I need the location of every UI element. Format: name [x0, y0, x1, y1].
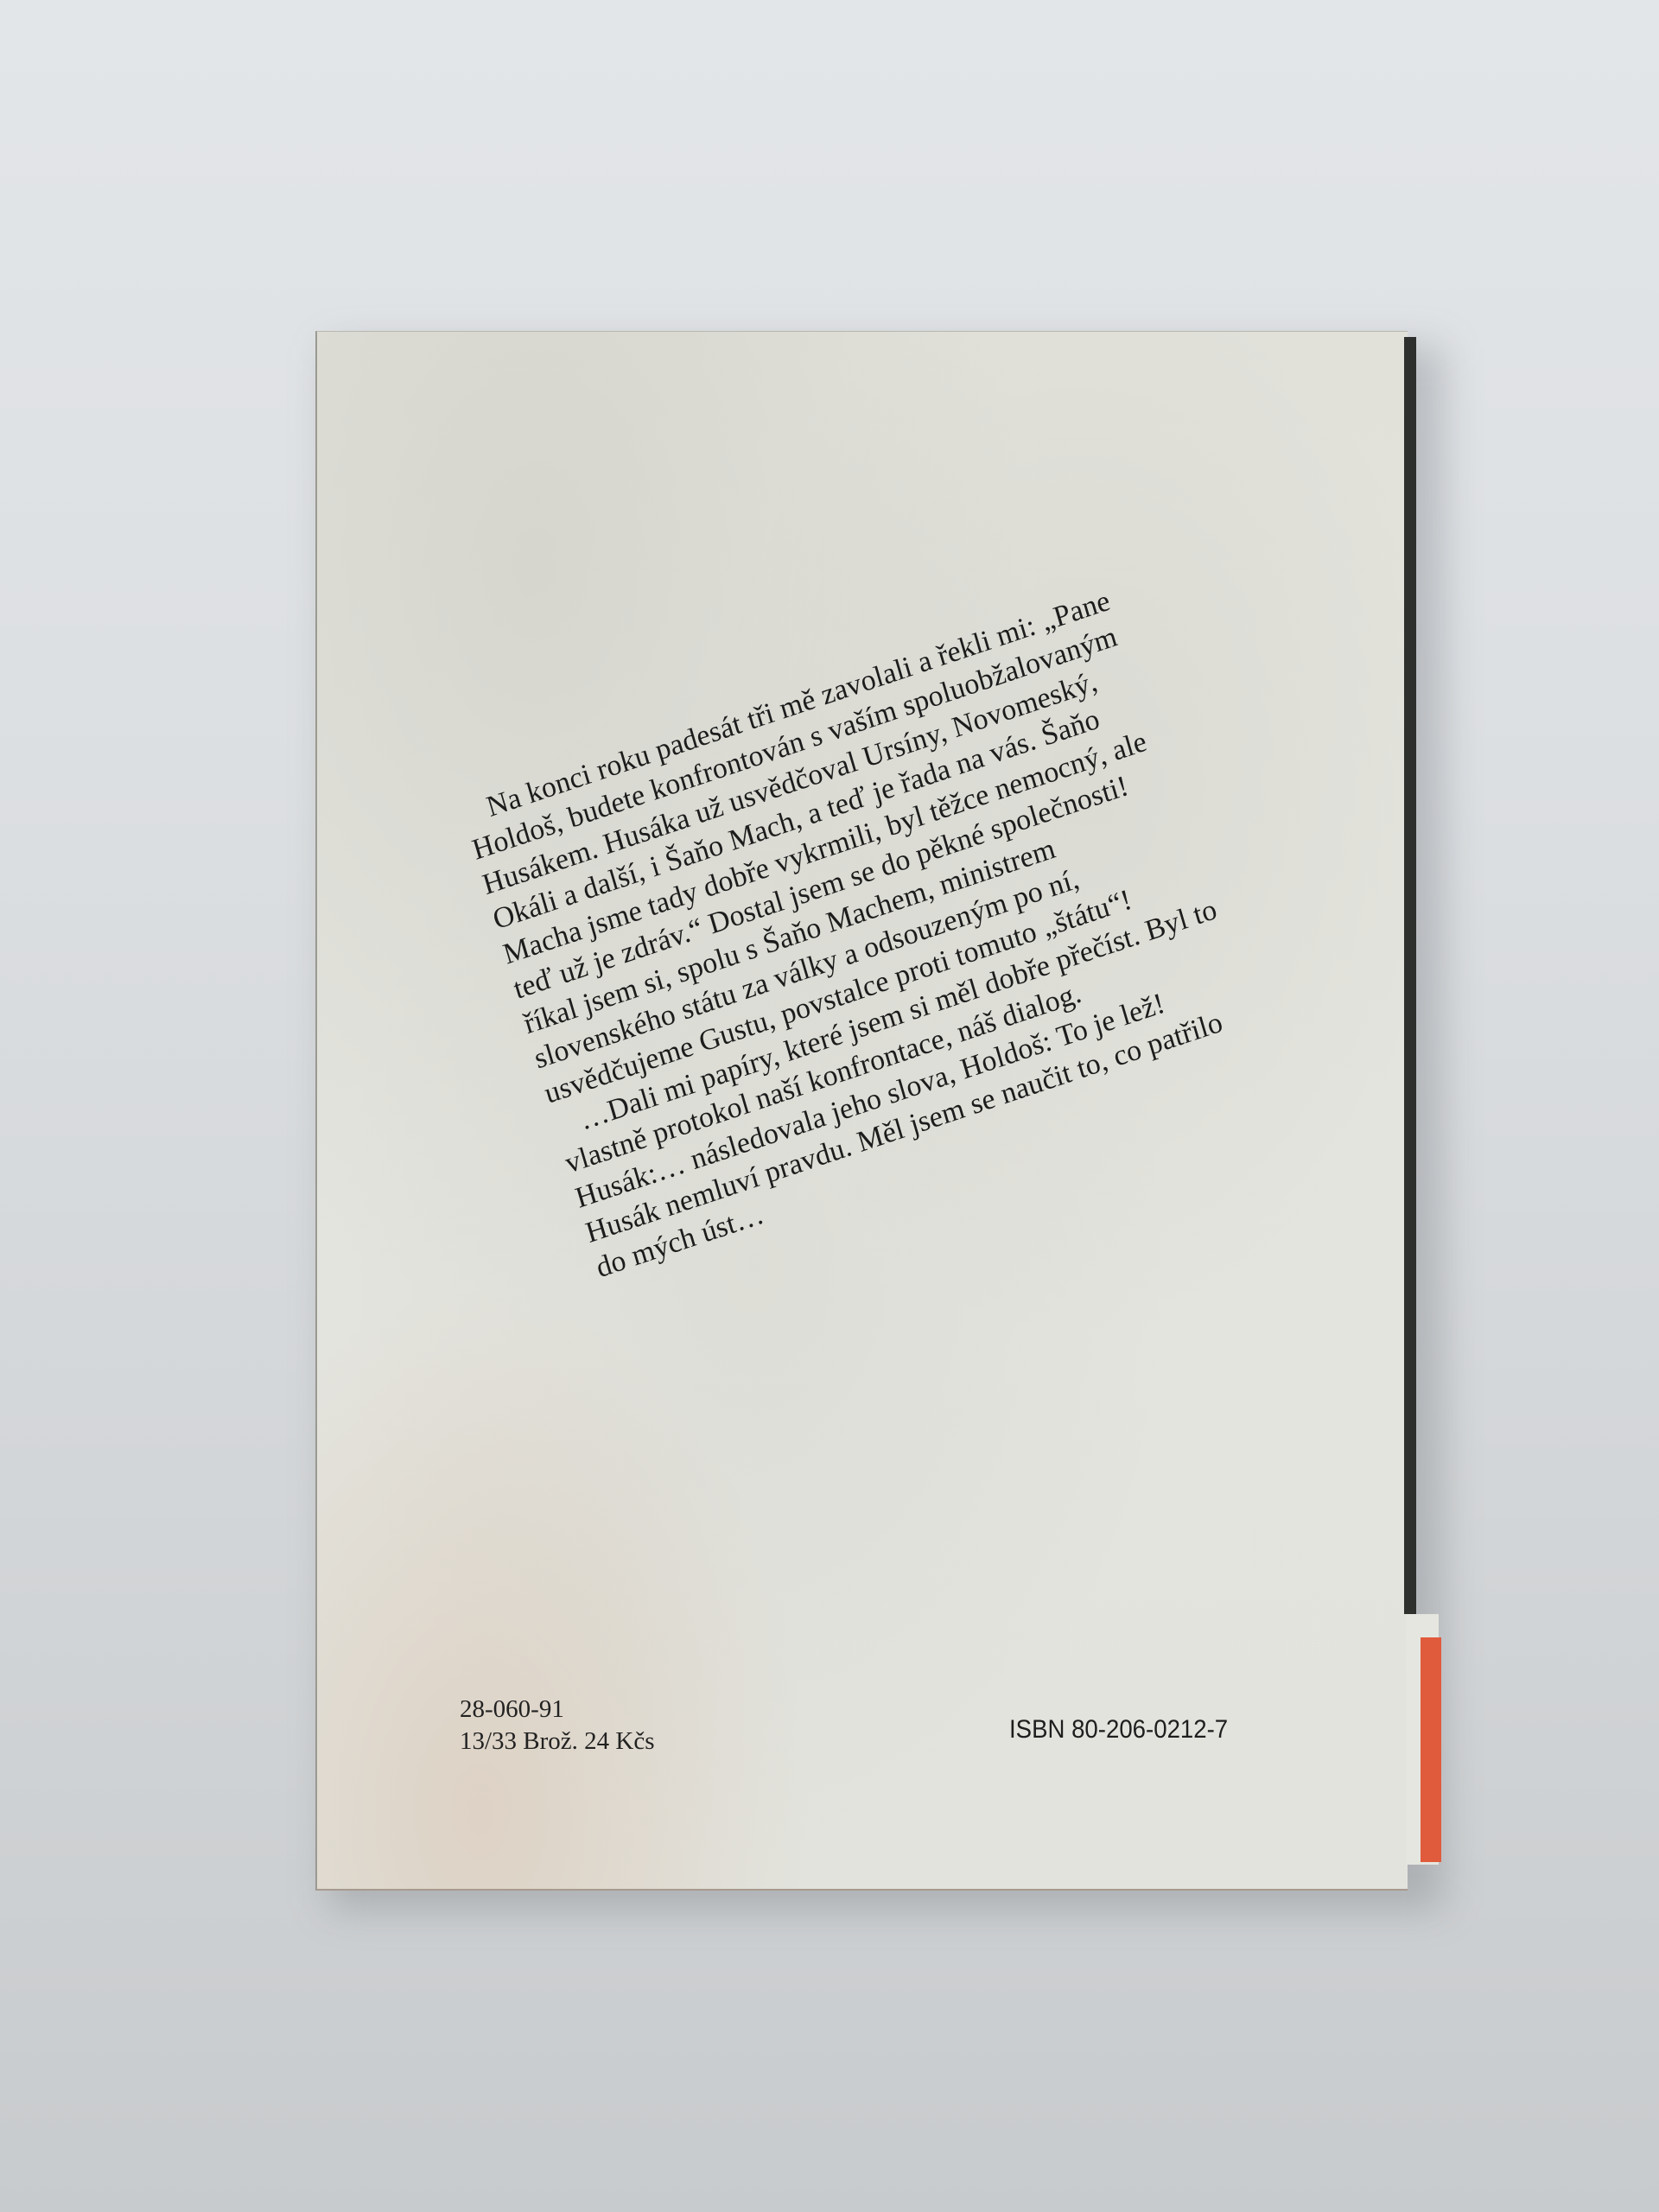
imprint-block: 28-060-91 13/33 Brož. 24 Kčs — [460, 1694, 655, 1758]
spine-red-stripe — [1421, 1637, 1441, 1862]
imprint-code: 28-060-91 — [460, 1694, 655, 1726]
spine-black-stripe — [1404, 337, 1416, 1614]
imprint-price: 13/33 Brož. 24 Kčs — [460, 1726, 655, 1758]
isbn-number: ISBN 80-206-0212-7 — [1009, 1715, 1228, 1745]
